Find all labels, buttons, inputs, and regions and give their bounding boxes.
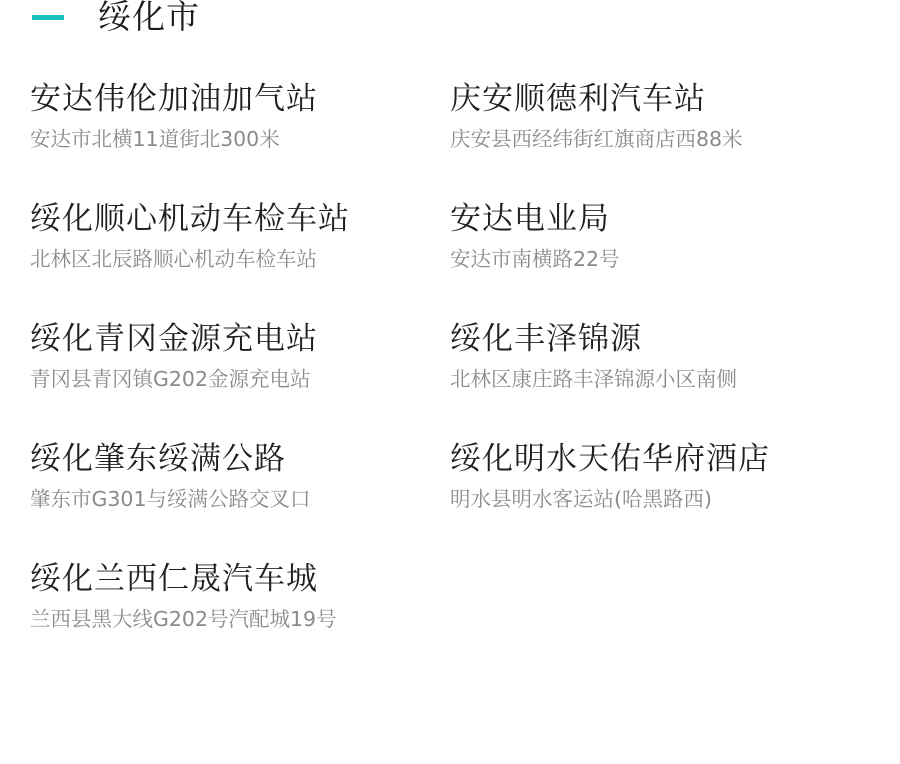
station-item[interactable]: 绥化顺心机动车检车站 北林区北辰路顺心机动车检车站 <box>30 198 450 318</box>
station-item[interactable]: 庆安顺德利汽车站 庆安县西经纬街红旗商店西88米 <box>450 78 870 198</box>
station-name: 安达伟伦加油加气站 <box>30 78 450 120</box>
station-name: 安达电业局 <box>450 198 870 240</box>
station-item[interactable]: 绥化肇东绥满公路 肇东市G301与绥满公路交叉口 <box>30 438 450 558</box>
station-address: 青冈县青冈镇G202金源充电站 <box>30 364 450 394</box>
accent-dash-icon <box>32 15 64 20</box>
station-item[interactable]: 安达电业局 安达市南横路22号 <box>450 198 870 318</box>
station-name: 绥化肇东绥满公路 <box>30 438 450 480</box>
station-grid: 安达伟伦加油加气站 安达市北横11道街北300米 庆安顺德利汽车站 庆安县西经纬… <box>30 78 870 678</box>
station-address: 庆安县西经纬街红旗商店西88米 <box>450 124 870 154</box>
station-address: 兰西县黑大线G202号汽配城19号 <box>30 604 450 634</box>
station-list-page: 绥化市 安达伟伦加油加气站 安达市北横11道街北300米 庆安顺德利汽车站 庆安… <box>0 0 900 764</box>
station-name: 绥化兰西仁晟汽车城 <box>30 558 450 600</box>
station-name: 绥化丰泽锦源 <box>450 318 870 360</box>
station-name: 庆安顺德利汽车站 <box>450 78 870 120</box>
station-name: 绥化青冈金源充电站 <box>30 318 450 360</box>
station-address: 明水县明水客运站(哈黑路西) <box>450 484 870 514</box>
station-item[interactable]: 绥化兰西仁晟汽车城 兰西县黑大线G202号汽配城19号 <box>30 558 450 678</box>
station-address: 安达市北横11道街北300米 <box>30 124 450 154</box>
station-item[interactable]: 绥化明水天佑华府酒店 明水县明水客运站(哈黑路西) <box>450 438 870 558</box>
station-address: 北林区康庄路丰泽锦源小区南侧 <box>450 364 870 394</box>
section-title: 绥化市 <box>98 0 200 40</box>
station-address: 肇东市G301与绥满公路交叉口 <box>30 484 450 514</box>
station-address: 安达市南横路22号 <box>450 244 870 274</box>
station-item[interactable]: 绥化丰泽锦源 北林区康庄路丰泽锦源小区南侧 <box>450 318 870 438</box>
station-item[interactable]: 安达伟伦加油加气站 安达市北横11道街北300米 <box>30 78 450 198</box>
station-name: 绥化顺心机动车检车站 <box>30 198 450 240</box>
station-item[interactable]: 绥化青冈金源充电站 青冈县青冈镇G202金源充电站 <box>30 318 450 438</box>
station-address: 北林区北辰路顺心机动车检车站 <box>30 244 450 274</box>
section-header: 绥化市 <box>32 0 200 40</box>
station-name: 绥化明水天佑华府酒店 <box>450 438 870 480</box>
